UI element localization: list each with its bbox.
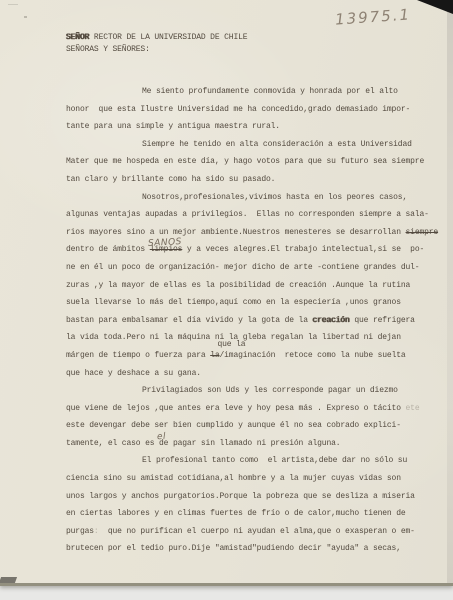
letter-paragraph: Nosotros,profesionales,vivimos hasta en … bbox=[66, 189, 448, 383]
handwritten-correction: el bbox=[157, 432, 166, 440]
typed-text: honor que esta Ilustre Universidad me ha… bbox=[66, 105, 410, 114]
letter-content: SEÑOR RECTOR DE LA UNIVERSIDAD DE CHILES… bbox=[66, 32, 448, 558]
typed-text: brutecen por el tedio puro.Dije "amistad… bbox=[66, 544, 401, 553]
paper-speck bbox=[8, 4, 18, 5]
letter-salutation: SEÑOR RECTOR DE LA UNIVERSIDAD DE CHILES… bbox=[66, 32, 448, 56]
typed-line: tan claro y brillante como ha sido su pa… bbox=[66, 171, 448, 189]
typed-text: : bbox=[94, 527, 99, 536]
typed-text: y a veces alegres.El trabajo intelectual… bbox=[182, 245, 424, 254]
letter-paragraph: Privilagiados son Uds y les corresponde … bbox=[66, 382, 448, 452]
handwritten-correction: SANOS bbox=[148, 238, 182, 248]
letter-paragraph: El profesional tanto como el artista,deb… bbox=[66, 452, 448, 558]
typed-text: unos largos y anchos purgatorios.Porque … bbox=[66, 492, 415, 501]
typed-text: que hace y deshace a su gana. bbox=[66, 369, 201, 378]
letter-paragraph: Siempre he tenido en alta consideración … bbox=[66, 136, 448, 189]
typed-text: SEÑOR bbox=[66, 33, 89, 42]
typed-text: suela llevarse lo más del tiempo,aquí co… bbox=[66, 298, 401, 307]
typed-line: tante para una simple y antigua maestra … bbox=[66, 118, 448, 136]
struck-text: siempre bbox=[406, 228, 439, 237]
typed-line: ciencia sino su amistad cotidiana,al hom… bbox=[66, 470, 448, 488]
typed-text: que refrigera bbox=[350, 316, 415, 325]
typed-text: ete bbox=[406, 404, 420, 413]
typed-line: rios mayores sino a un mejor ambiente.Nu… bbox=[66, 224, 448, 242]
scanned-letter-photo: { "archive_number": "13975.1", "document… bbox=[0, 0, 453, 600]
typed-line: Me siento profundamente conmovida y honr… bbox=[66, 83, 448, 101]
paper-left-edge-shadow bbox=[0, 0, 4, 583]
typed-line: que viene de lejos ,que antes era leve y… bbox=[66, 400, 448, 418]
typed-text: dentro de ámbitos bbox=[66, 245, 150, 254]
typed-line: El profesional tanto como el artista,deb… bbox=[66, 452, 448, 470]
typed-text: Nosotros,profesionales,vivimos hasta en … bbox=[142, 193, 407, 202]
typed-line: Mater que me hospeda en este día, y hago… bbox=[66, 153, 448, 171]
typed-line: algunas ventajas aupadas a privilegios. … bbox=[66, 206, 448, 224]
typed-line: ne en él un poco de organización- mejor … bbox=[66, 259, 448, 277]
letter-body: Me siento profundamente conmovida y honr… bbox=[66, 83, 448, 558]
typed-line: que hace y deshace a su gana. bbox=[66, 365, 448, 383]
typed-text: Me siento profundamente conmovida y honr… bbox=[142, 87, 398, 96]
typed-text: que viene de lejos ,que antes era leve y… bbox=[66, 404, 406, 413]
typed-line: purgas: que no purifican el cuerpo ni ay… bbox=[66, 523, 448, 541]
typed-text: de pagar sin llamado ni presión alguna. bbox=[159, 439, 340, 448]
paper-bottom-left-mark bbox=[0, 577, 17, 583]
typed-line: dentro de ámbitos SANOSlimpios y a veces… bbox=[66, 241, 448, 259]
typed-text: ne en él un poco de organización- mejor … bbox=[66, 263, 419, 272]
typed-text: Mater que me hospeda en este día, y hago… bbox=[66, 157, 424, 166]
typed-line: brutecen por el tedio puro.Dije "amistad… bbox=[66, 540, 448, 558]
typed-text: bastan para embalsamar el día vivido y l… bbox=[66, 316, 313, 325]
typed-text: márgen de tiempo o fuerza para bbox=[66, 351, 210, 360]
typed-text: Siempre he tenido en alta consideración … bbox=[142, 140, 412, 149]
typed-text: ciencia sino su amistad cotidiana,al hom… bbox=[66, 474, 401, 483]
typed-line: Nosotros,profesionales,vivimos hasta en … bbox=[66, 189, 448, 207]
typed-line: la vida toda.Pero ni la máquina ni la gl… bbox=[66, 329, 448, 347]
typed-text: este devengar debe ser bien cumplido y a… bbox=[66, 421, 401, 430]
archive-number-handwritten: 13975.1 bbox=[334, 5, 411, 28]
typed-text: rios mayores sino a un mejor ambiente.Nu… bbox=[66, 228, 406, 237]
typed-text: RECTOR DE LA UNIVERSIDAD DE CHILE bbox=[89, 33, 247, 42]
letter-paper: 13975.1 SEÑOR RECTOR DE LA UNIVERSIDAD D… bbox=[0, 0, 453, 586]
typed-text: El profesional tanto como el artista,deb… bbox=[142, 456, 407, 465]
typed-line: SEÑOR RECTOR DE LA UNIVERSIDAD DE CHILE bbox=[66, 32, 448, 44]
letter-paragraph: Me siento profundamente conmovida y honr… bbox=[66, 83, 448, 136]
typed-line: unos largos y anchos purgatorios.Porque … bbox=[66, 488, 448, 506]
typed-insertion: que la bbox=[218, 336, 246, 354]
typed-text: purgas bbox=[66, 527, 94, 536]
typed-text: SEÑORAS Y SEÑORES: bbox=[66, 45, 150, 54]
typed-text: zuras ,y la mayor de ellas es la posibil… bbox=[66, 281, 410, 290]
typed-text: /imaginación retoce como la nube suelta bbox=[220, 351, 406, 360]
typed-line: en ciertas labores y en climas fuertes d… bbox=[66, 505, 448, 523]
typed-line: márgen de tiempo o fuerza para laque la/… bbox=[66, 347, 448, 365]
typed-line: suela llevarse lo más del tiempo,aquí co… bbox=[66, 294, 448, 312]
typed-text: creación bbox=[313, 316, 350, 325]
typed-text: tamente, el caso es bbox=[66, 439, 159, 448]
typed-text: que no purifican el cuerpo ni ayudan el … bbox=[99, 527, 415, 536]
typed-text: Privilagiados son Uds y les corresponde … bbox=[142, 386, 398, 395]
paper-speck bbox=[24, 16, 27, 18]
typed-text: algunas ventajas aupadas a privilegios. … bbox=[66, 210, 429, 219]
typed-line: tamente, el caso es elde pagar sin llama… bbox=[66, 435, 448, 453]
typed-line: Privilagiados son Uds y les corresponde … bbox=[66, 382, 448, 400]
typed-text: tan claro y brillante como ha sido su pa… bbox=[66, 175, 275, 184]
typed-line: SEÑORAS Y SEÑORES: bbox=[66, 44, 448, 56]
typed-line: honor que esta Ilustre Universidad me ha… bbox=[66, 101, 448, 119]
typed-line: zuras ,y la mayor de ellas es la posibil… bbox=[66, 277, 448, 295]
typed-text: en ciertas labores y en climas fuertes d… bbox=[66, 509, 406, 518]
typed-line: Siempre he tenido en alta consideración … bbox=[66, 136, 448, 154]
typed-line: este devengar debe ser bien cumplido y a… bbox=[66, 417, 448, 435]
typed-text: tante para una simple y antigua maestra … bbox=[66, 122, 280, 131]
typed-line: bastan para embalsamar el día vivido y l… bbox=[66, 312, 448, 330]
